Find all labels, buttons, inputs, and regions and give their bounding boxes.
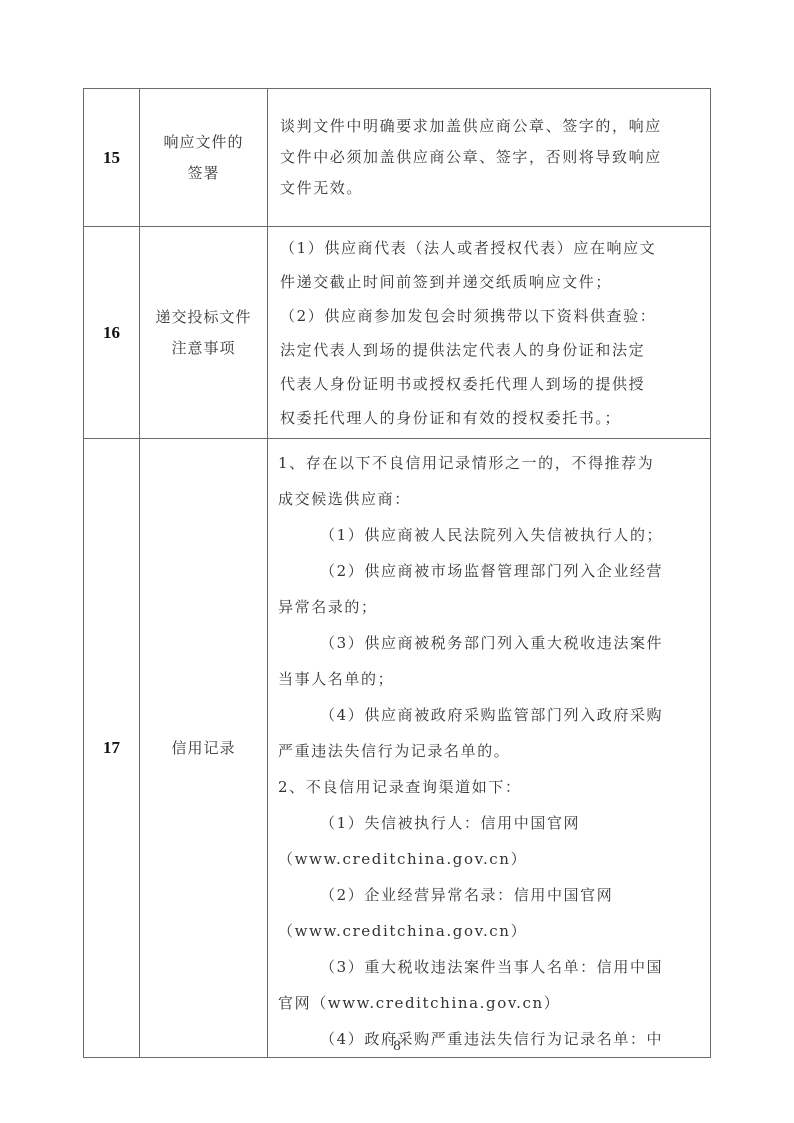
row-content: 谈判文件中明确要求加盖供应商公章、签字的，响应 文件中必须加盖供应商公章、签字，…: [268, 89, 711, 227]
row-number: 15: [84, 89, 140, 227]
content-line: 严重违法失信行为记录名单的。: [278, 733, 702, 769]
page-number: 8: [0, 1038, 794, 1055]
row-item: 响应文件的 签署: [140, 89, 268, 227]
row-number: 16: [84, 227, 140, 439]
content-line: 谈判文件中明确要求加盖供应商公章、签字的，响应: [280, 111, 702, 142]
content-line: 1、存在以下不良信用记录情形之一的，不得推荐为: [278, 445, 702, 481]
table-row: 17 信用记录 1、存在以下不良信用记录情形之一的，不得推荐为 成交候选供应商：…: [84, 439, 711, 1058]
content-line: 权委托代理人的身份证和有效的授权委托书。；: [280, 401, 702, 435]
row-item: 递交投标文件 注意事项: [140, 227, 268, 439]
content-line: （1）供应商代表（法人或者授权代表）应在响应文: [280, 231, 702, 265]
content-line: （1）失信被执行人：信用中国官网: [278, 805, 702, 841]
content-line: 件递交截止时间前签到并递交纸质响应文件；: [280, 265, 702, 299]
item-line: 响应文件的: [140, 127, 267, 158]
content-line: 文件无效。: [280, 173, 702, 204]
row-content: 1、存在以下不良信用记录情形之一的，不得推荐为 成交候选供应商： （1）供应商被…: [268, 439, 711, 1058]
content-line: 当事人名单的；: [278, 661, 702, 697]
content-line: （1）供应商被人民法院列入失信被执行人的；: [278, 517, 702, 553]
row-content: （1）供应商代表（法人或者授权代表）应在响应文 件递交截止时间前签到并递交纸质响…: [268, 227, 711, 439]
row-item: 信用记录: [140, 439, 268, 1058]
item-line: 注意事项: [140, 333, 267, 364]
content-line: （3）重大税收违法案件当事人名单：信用中国: [278, 949, 702, 985]
table-row: 16 递交投标文件 注意事项 （1）供应商代表（法人或者授权代表）应在响应文 件…: [84, 227, 711, 439]
row-number: 17: [84, 439, 140, 1058]
content-line: 异常名录的；: [278, 589, 702, 625]
item-line: 信用记录: [140, 733, 267, 764]
content-line: （www.creditchina.gov.cn）: [278, 841, 702, 877]
content-line: 2、不良信用记录查询渠道如下：: [278, 769, 702, 805]
table-row: 15 响应文件的 签署 谈判文件中明确要求加盖供应商公章、签字的，响应 文件中必…: [84, 89, 711, 227]
item-line: 签署: [140, 158, 267, 189]
content-line: （2）企业经营异常名录：信用中国官网: [278, 877, 702, 913]
content-line: （3）供应商被税务部门列入重大税收违法案件: [278, 625, 702, 661]
item-line: 递交投标文件: [140, 302, 267, 333]
content-line: 文件中必须加盖供应商公章、签字，否则将导致响应: [280, 142, 702, 173]
content-line: （2）供应商被市场监督管理部门列入企业经营: [278, 553, 702, 589]
content-line: 代表人身份证明书或授权委托代理人到场的提供授: [280, 367, 702, 401]
content-line: （2）供应商参加发包会时须携带以下资料供查验：: [280, 299, 702, 333]
content-line: 成交候选供应商：: [278, 481, 702, 517]
requirements-table: 15 响应文件的 签署 谈判文件中明确要求加盖供应商公章、签字的，响应 文件中必…: [83, 88, 711, 1058]
content-line: 官网（www.creditchina.gov.cn）: [278, 985, 702, 1021]
content-line: 法定代表人到场的提供法定代表人的身份证和法定: [280, 333, 702, 367]
content-line: （www.creditchina.gov.cn）: [278, 913, 702, 949]
content-line: （4）供应商被政府采购监管部门列入政府采购: [278, 697, 702, 733]
